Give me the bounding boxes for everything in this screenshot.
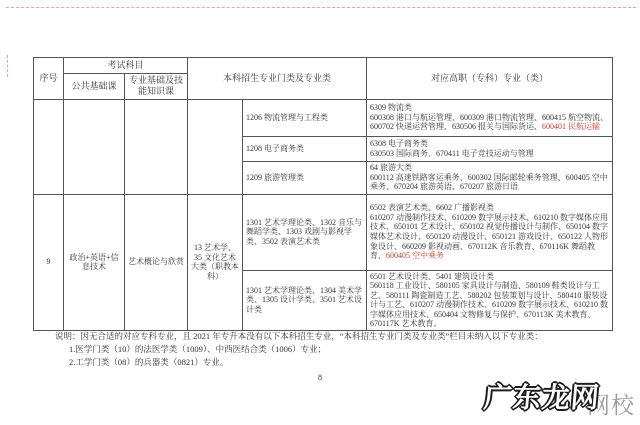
college-majors-list: 560118 工业设计、580105 家具设计与制造、580109 鞋类设计与工… (370, 281, 608, 328)
cell-major-class: 1208 电子商务类 (243, 136, 367, 161)
college-majors-red-item: 600401 民航运输 (542, 122, 600, 131)
cell-discipline-category (188, 99, 243, 194)
header-public-basic-course: 公共基础课 (64, 74, 125, 100)
footnote-line-1: 说明：因无合适的对应专科专业，且 2021 年专升本没有以下本科招生专业，“本科… (55, 330, 610, 343)
cell-professional-basic: 艺术概论与欣赏 (125, 194, 188, 331)
header-undergrad-majors: 本科招生专业门类及专业类 (188, 58, 367, 100)
college-majors-red-item: 600405 空中乘务 (386, 251, 444, 260)
header-college-majors: 对应高职（专科）专业（类） (367, 58, 613, 100)
left-dashed-guide-line (7, 55, 8, 77)
header-exam-subjects: 考试科目 (64, 58, 188, 74)
document-page: 序号 考试科目 本科招生专业门类及专业类 对应高职（专科）专业（类） 公共基础课… (0, 0, 640, 425)
watermark-front-text: 广东龙网 (482, 376, 602, 416)
cell-college-majors: 6502 表演艺术类、6602 广播影视类610207 动漫制作技术、61020… (367, 194, 613, 270)
cell-professional-basic (125, 99, 188, 194)
top-dashed-guide-line (6, 7, 636, 8)
cell-public-basic (64, 99, 125, 194)
cell-serial (34, 99, 64, 194)
footnote-line-2: 1.医学门类（10）的法医学类（1009）、中西医结合类（1006）专业； (69, 343, 610, 356)
college-group-heading: 6501 艺术设计类、5401 建筑设计类 (370, 272, 609, 282)
footnote-block: 说明：因无合适的对应专科专业，且 2021 年专升本没有以下本科招生专业，“本科… (55, 330, 610, 368)
cell-college-majors: 6501 艺术设计类、5401 建筑设计类560118 工业设计、580105 … (367, 270, 613, 331)
cell-major-class: 1301 艺术学理论类、1302 音乐与舞蹈学类、1303 戏剧与影视学类、35… (243, 194, 367, 270)
cell-major-class: 1209 旅游管理类 (243, 161, 367, 194)
cell-major-class: 1206 物流管理与工程类 (243, 99, 367, 136)
cell-college-majors: 6309 物流类600308 港口与航运管理、600309 港口物流管理、600… (367, 99, 613, 136)
college-group-heading: 6308 电子商务类 (370, 139, 609, 149)
college-majors-list: 600112 高速铁路客运乘务、600302 国际邮轮乘务管理、600405 空… (370, 173, 608, 192)
majors-mapping-table: 序号 考试科目 本科招生专业门类及专业类 对应高职（专科）专业（类） 公共基础课… (33, 57, 613, 331)
header-serial: 序号 (34, 58, 64, 100)
cell-college-majors: 6308 电子商务类630503 国际商务、670411 电子竞技运动与管理 (367, 136, 613, 161)
college-group-heading: 64 旅游大类 (370, 163, 609, 173)
cell-major-class: 1301 艺术学理论类、1304 美术学类、1305 设计学类、3501 艺术设… (243, 270, 367, 331)
cell-serial: 9 (34, 194, 64, 331)
college-majors-list: 630503 国际商务、670411 电子竞技运动与管理 (370, 149, 534, 158)
cell-public-basic: 政治+英语+信息技术 (64, 194, 125, 331)
college-group-heading: 6309 物流类 (370, 103, 609, 113)
cell-college-majors: 64 旅游大类600112 高速铁路客运乘务、600302 国际邮轮乘务管理、6… (367, 161, 613, 194)
header-professional-basic-course: 专业基础及技能知识课 (125, 74, 188, 100)
college-group-heading: 6502 表演艺术类、6602 广播影视类 (370, 203, 609, 213)
cell-discipline-category: 13 艺术学，35 文化艺术大类（职教本科） (188, 194, 243, 331)
watermark: 网校 广东龙网 (455, 367, 640, 425)
